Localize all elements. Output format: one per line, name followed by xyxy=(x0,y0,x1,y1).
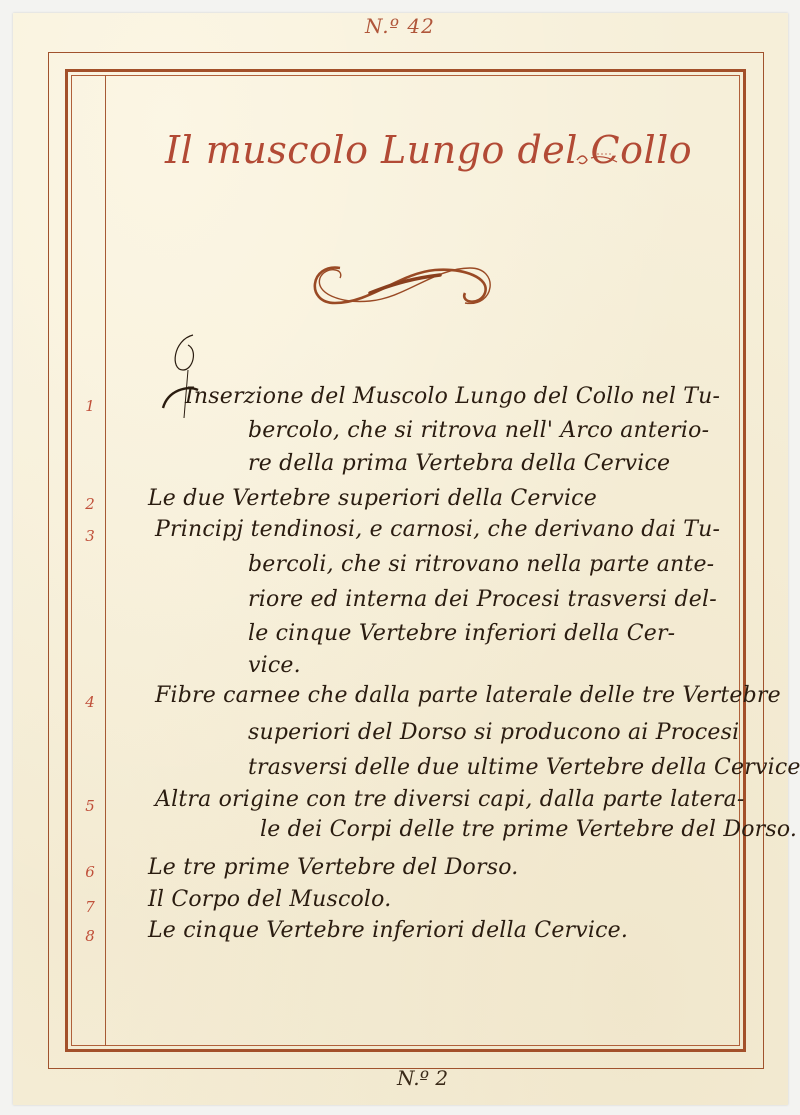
entry-text-line: Principj tendinosi, e carnosi, che deriv… xyxy=(155,517,720,542)
footer-page-number: N.º 2 xyxy=(397,1066,448,1090)
entry-number: 8 xyxy=(80,927,100,945)
entry-number: 4 xyxy=(80,693,100,711)
entry-text-line: trasversi delle due ultime Vertebre dell… xyxy=(248,755,800,780)
entry-text-line: riore ed interna dei Procesi trasversi d… xyxy=(248,587,717,612)
margin-rule xyxy=(105,75,106,1046)
entry-number: 3 xyxy=(80,527,100,545)
entry-text-line: re della prima Vertebra della Cervice xyxy=(248,451,670,476)
entry-text-line: vice. xyxy=(248,653,301,678)
entry-number: 2 xyxy=(80,495,100,513)
entry-number: 5 xyxy=(80,797,100,815)
entry-text-line: le dei Corpi delle tre prime Vertebre de… xyxy=(260,817,797,842)
entry-text-line: le cinque Vertebre inferiori della Cer- xyxy=(248,621,675,646)
entry-text-line: Inserzione del Muscolo Lungo del Collo n… xyxy=(185,384,720,409)
entry-text-line: Fibre carnee che dalla parte laterale de… xyxy=(155,683,781,708)
entry-text-line: Le cinque Vertebre inferiori della Cervi… xyxy=(148,918,628,943)
entry-text-line: Le tre prime Vertebre del Dorso. xyxy=(148,855,518,880)
title-flourish-icon xyxy=(575,150,620,170)
entry-number: 7 xyxy=(80,898,100,916)
entry-number: 1 xyxy=(80,397,100,415)
entry-text-line: Il Corpo del Muscolo. xyxy=(148,887,391,912)
entry-text-line: superiori del Dorso si producono ai Proc… xyxy=(248,720,739,745)
entry-text-line: Le due Vertebre superiori della Cervice xyxy=(148,486,597,511)
plate-number: N.º 42 xyxy=(365,14,435,38)
entry-text-line: bercoli, che si ritrovano nella parte an… xyxy=(248,552,714,577)
calligraphic-ornament-icon xyxy=(300,258,505,313)
entry-number: 6 xyxy=(80,863,100,881)
entry-text-line: Altra origine con tre diversi capi, dall… xyxy=(155,787,745,812)
entry-text-line: bercolo, che si ritrova nell' Arco anter… xyxy=(248,418,709,443)
